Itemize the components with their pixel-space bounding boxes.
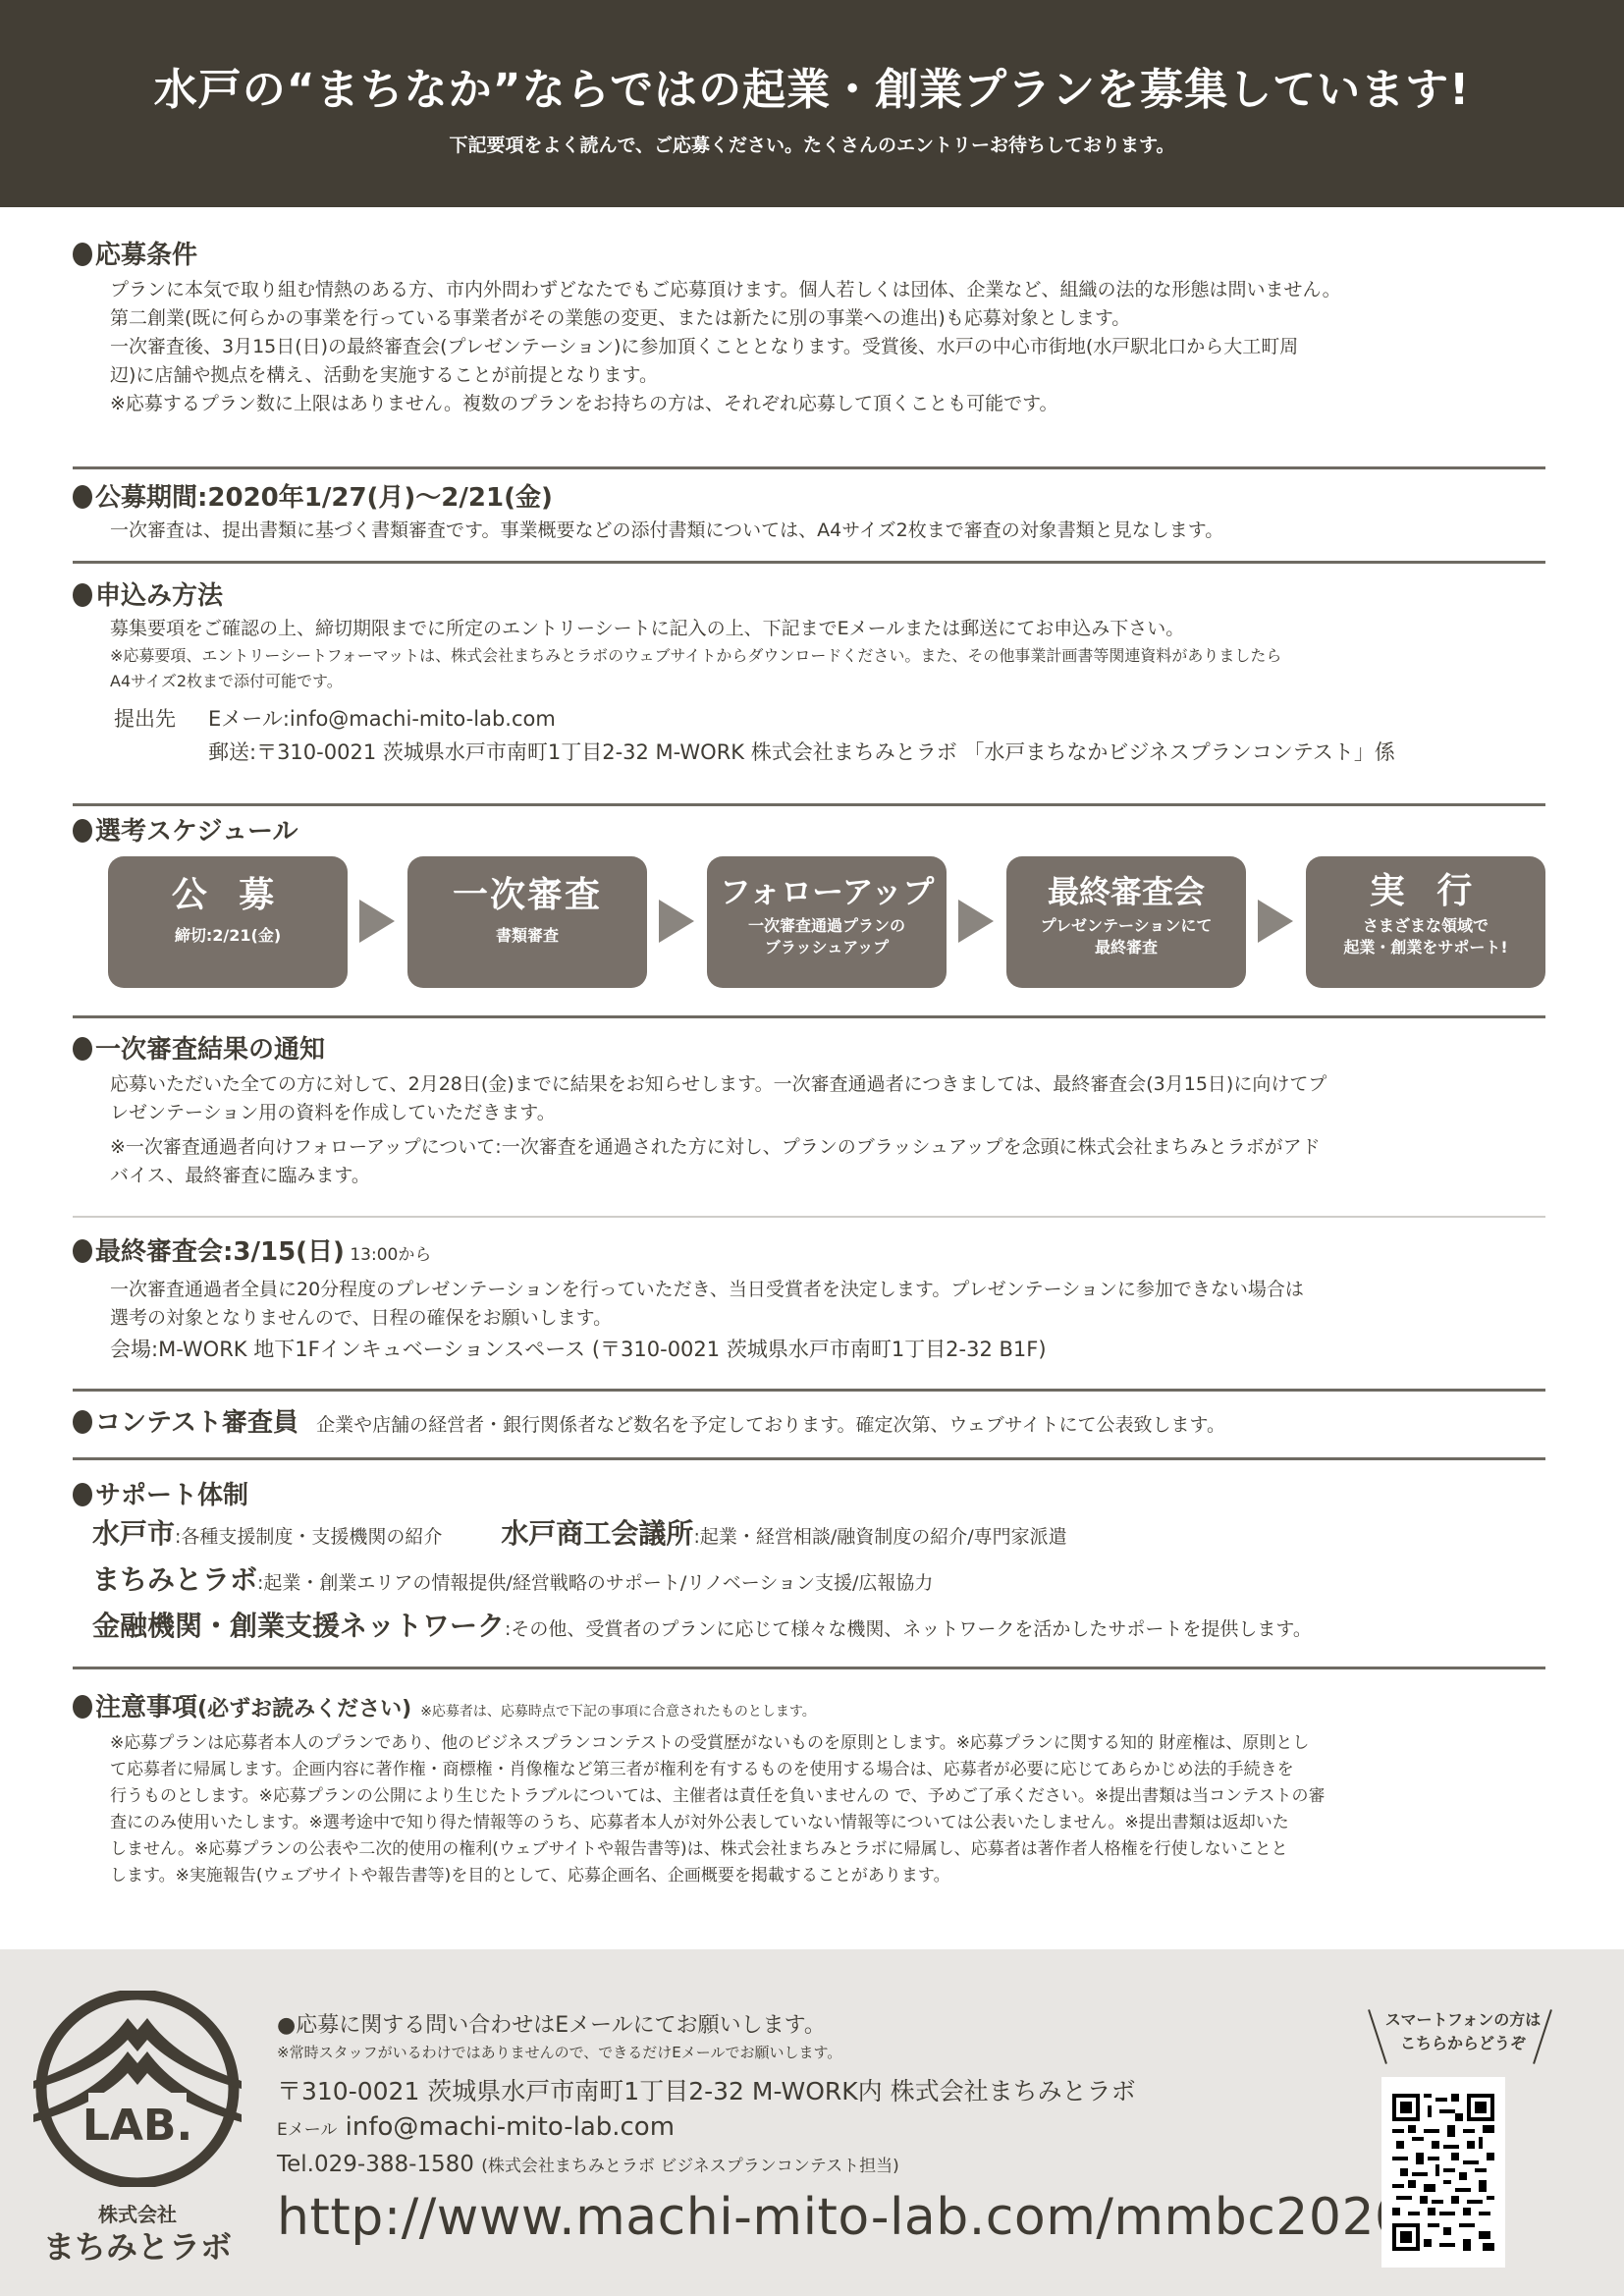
inquiry-note: ※常時スタッフがいるわけではありませんので、できるだけEメールでお願いします。: [277, 2042, 841, 2062]
arrow-right-icon: [659, 900, 694, 943]
footer-tel[interactable]: Tel.029-388-1580: [277, 2152, 474, 2177]
paragraph: 選考の対象となりませんので、日程の確保をお願いします。: [73, 1304, 1545, 1333]
support-desc: :起業・創業エリアの情報提供/経営戦略のサポート/リノベーション支援/広報協力: [257, 1572, 933, 1594]
footer-email-link[interactable]: info@machi-mito-lab.com: [346, 2112, 675, 2142]
section-support: サポート体制 水戸市:各種支援制度・支援機関の紹介水戸商工会議所:起業・経営相談…: [73, 1479, 1545, 1651]
submit-post: 郵送:〒310-0021 茨城県水戸市南町1丁目2-32 M-WORK 株式会社…: [114, 736, 1545, 769]
paragraph: 辺)に店舗や拠点を構え、活動を実施することが前提となります。: [73, 361, 1545, 390]
divider: [73, 1667, 1545, 1669]
bullet-icon: [73, 243, 92, 266]
qr-code-icon: [1392, 2094, 1494, 2251]
section-heading: 応募条件: [73, 239, 1545, 272]
company-name: まちみとラボ: [29, 2222, 245, 2268]
section-heading: 注意事項(必ずお読みください) ※応募者は、応募時点で下記の事項に合意されたもの…: [73, 1691, 1545, 1728]
support-org: 水戸市: [92, 1517, 175, 1550]
support-row: 水戸市:各種支援制度・支援機関の紹介水戸商工会議所:起業・経営相談/融資制度の紹…: [73, 1512, 1545, 1558]
page-subtitle: 下記要項をよく読んで、ご応募ください。たくさんのエントリーお待ちしております。: [0, 133, 1624, 158]
bullet-icon: [73, 1695, 92, 1719]
paragraph: 行うものとします。※応募プランの公開により生じたトラブルについては、主催者は責任…: [73, 1783, 1545, 1810]
bullet-icon: [73, 1037, 92, 1061]
note: ※応募要項、エントリーシートフォーマットは、株式会社まちみとラボのウェブサイトか…: [73, 643, 1545, 669]
venue: 会場:M-WORK 地下1Fインキュベーションスペース (〒310-0021 茨…: [73, 1333, 1545, 1366]
bullet-icon: [73, 1483, 92, 1506]
arrow-right-icon: [359, 900, 395, 943]
paragraph: 第二創業(既に何らかの事業を行っている事業者がその業態の変更、または新たに別の事…: [73, 304, 1545, 333]
support-desc: :各種支援制度・支援機関の紹介: [175, 1526, 442, 1548]
footer-tel-row: Tel.029-388-1580 (株式会社まちみとラボ ビジネスプランコンテス…: [277, 2152, 899, 2177]
section-result: 一次審査結果の通知 応募いただいた全ての方に対して、2月28日(金)までに結果を…: [73, 1033, 1545, 1190]
section-period: 公募期間:2020年1/27(月)〜2/21(金) 一次審査は、提出書類に基づく…: [73, 481, 1545, 545]
paragraph: 一次審査通過者全員に20分程度のプレゼンテーションを行っていただき、当日受賞者を…: [73, 1276, 1545, 1304]
divider: [73, 1216, 1545, 1218]
section-heading: 申込み方法: [73, 579, 1545, 613]
paragraph: 一次審査は、提出書類に基づく書類審査です。事業概要などの添付書類については、A4…: [73, 517, 1545, 545]
support-desc: :起業・経営相談/融資制度の紹介/専門家派遣: [693, 1526, 1066, 1548]
schedule-flow: 公 募 締切:2/21(金) 一次審査 書類審査 フォローアップ 一次審査通過プ…: [108, 856, 1547, 988]
paragraph: 募集要項をご確認の上、締切期限までに所定のエントリーシートに記入の上、下記までE…: [73, 615, 1545, 643]
divider: [73, 561, 1545, 564]
step-follow-up: フォローアップ 一次審査通過プランの ブラッシュアップ: [707, 856, 947, 988]
support-org: 水戸商工会議所: [501, 1517, 693, 1550]
paragraph: て応募者に帰属します。企画内容に著作権・商標権・肖像権など第三者が権利を有するも…: [73, 1757, 1545, 1783]
section-heading: 一次審査結果の通知: [73, 1033, 1545, 1066]
step-execution: 実 行 さまざまな領域で 起業・創業をサポート!: [1306, 856, 1545, 988]
paragraph: レゼンテーション用の資料を作成していただきます。: [73, 1099, 1545, 1127]
paragraph: ※一次審査通過者向けフォローアップについて:一次審査を通過された方に対し、プラン…: [73, 1133, 1545, 1162]
footer-email-row: Eメール info@machi-mito-lab.com: [277, 2112, 675, 2142]
paragraph: します。※実施報告(ウェブサイトや報告書等)を目的として、応募企画名、企画概要を…: [73, 1863, 1545, 1889]
section-heading: サポート体制: [73, 1479, 1545, 1512]
footer: LAB. 株式会社 まちみとラボ ●応募に関する問い合わせはEメールにてお願いし…: [0, 1949, 1624, 2296]
paragraph: プランに本気で取り組む情熱のある方、市内外問わずどなたでもご応募頂けます。個人若…: [73, 276, 1545, 304]
step-recruitment: 公 募 締切:2/21(金): [108, 856, 348, 988]
qr-code[interactable]: [1381, 2077, 1505, 2268]
paragraph: 査にのみ使用いたします。※選考途中で知り得た情報等のうち、応募者本人が対外公表し…: [73, 1810, 1545, 1836]
footer-address: 〒310-0021 茨城県水戸市南町1丁目2-32 M-WORK内 株式会社まち…: [277, 2072, 1136, 2107]
support-org: まちみとラボ: [92, 1563, 257, 1596]
divider: [73, 1457, 1545, 1460]
paragraph: ※応募するプラン数に上限はありません。複数のプランをお持ちの方は、それぞれ応募し…: [73, 390, 1545, 418]
lab-logo-icon: LAB.: [29, 1991, 245, 2187]
section-notes: 注意事項(必ずお読みください) ※応募者は、応募時点で下記の事項に合意されたもの…: [73, 1691, 1545, 1889]
section-heading: 公募期間:2020年1/27(月)〜2/21(金): [73, 481, 1545, 515]
bullet-icon: [73, 583, 92, 607]
bullet-icon: [73, 485, 92, 509]
step-first-review: 一次審査 書類審査: [407, 856, 647, 988]
bullet-icon: [73, 1239, 92, 1263]
svg-text:LAB.: LAB.: [82, 2101, 192, 2151]
divider: [73, 1015, 1545, 1018]
divider: [73, 1389, 1545, 1392]
section-final: 最終審査会:3/15(日) 13:00から 一次審査通過者全員に20分程度のプレ…: [73, 1235, 1545, 1366]
section-conditions: 応募条件 プランに本気で取り組む情熱のある方、市内外問わずどなたでもご応募頂けま…: [73, 239, 1545, 418]
bullet-icon: [73, 819, 92, 843]
paragraph: 一次審査後、3月15日(日)の最終審査会(プレゼンテーション)に参加頂くこととな…: [73, 333, 1545, 361]
section-judges: コンテスト審査員 企業や店舗の経営者・銀行関係者など数名を予定しております。確定…: [73, 1406, 1545, 1442]
support-row: 金融機関・創業支援ネットワーク:その他、受賞者のプランに応じて様々な機関、ネット…: [73, 1605, 1545, 1651]
paragraph: ※応募プランは応募者本人のプランであり、他のビジネスプランコンテストの受賞歴がな…: [73, 1730, 1545, 1757]
arrow-right-icon: [958, 900, 994, 943]
support-desc: :その他、受賞者のプランに応じて様々な機関、ネットワークを活かしたサポートを提供…: [505, 1618, 1312, 1640]
paragraph: バイス、最終審査に臨みます。: [73, 1162, 1545, 1190]
section-heading: 選考スケジュール: [73, 815, 1545, 848]
section-heading: 最終審査会:3/15(日) 13:00から: [73, 1235, 1545, 1272]
note: A4サイズ2枚まで添付可能です。: [73, 669, 1545, 694]
submit-email[interactable]: Eメール:info@machi-mito-lab.com: [208, 707, 556, 731]
submit-label: 提出先: [114, 702, 208, 736]
page-header: 水戸の“まちなか”ならではの起業・創業プランを募集しています! 下記要項をよく読…: [0, 0, 1624, 207]
section-schedule: 選考スケジュール: [73, 815, 1545, 848]
support-row: まちみとラボ:起業・創業エリアの情報提供/経営戦略のサポート/リノベーション支援…: [73, 1558, 1545, 1605]
support-org: 金融機関・創業支援ネットワーク: [92, 1610, 505, 1642]
step-final-review: 最終審査会 プレゼンテーションにて 最終審査: [1006, 856, 1246, 988]
divider: [73, 803, 1545, 806]
divider: [73, 466, 1545, 469]
company-logo: LAB. 株式会社 まちみとラボ: [29, 1991, 245, 2266]
paragraph: 応募いただいた全ての方に対して、2月28日(金)までに結果をお知らせします。一次…: [73, 1070, 1545, 1099]
inquiry-text: ●応募に関する問い合わせはEメールにてお願いします。: [277, 2008, 826, 2039]
section-heading: コンテスト審査員 企業や店舗の経営者・銀行関係者など数名を予定しております。確定…: [73, 1406, 1545, 1442]
website-url-link[interactable]: http://www.machi-mito-lab.com/mmbc2020/: [277, 2188, 1426, 2247]
paragraph: しません。※応募プランの公表や二次的使用の権利(ウェブサイトや報告書等)は、株式…: [73, 1836, 1545, 1863]
arrow-right-icon: [1258, 900, 1293, 943]
section-application: 申込み方法 募集要項をご確認の上、締切期限までに所定のエントリーシートに記入の上…: [73, 579, 1545, 769]
bullet-icon: [73, 1410, 92, 1434]
submission-contact: 提出先Eメール:info@machi-mito-lab.com 郵送:〒310-…: [73, 702, 1545, 769]
page-title: 水戸の“まちなか”ならではの起業・創業プランを募集しています!: [0, 61, 1624, 120]
qr-caption: スマートフォンの方は こちらからどうぞ: [1375, 2008, 1551, 2055]
